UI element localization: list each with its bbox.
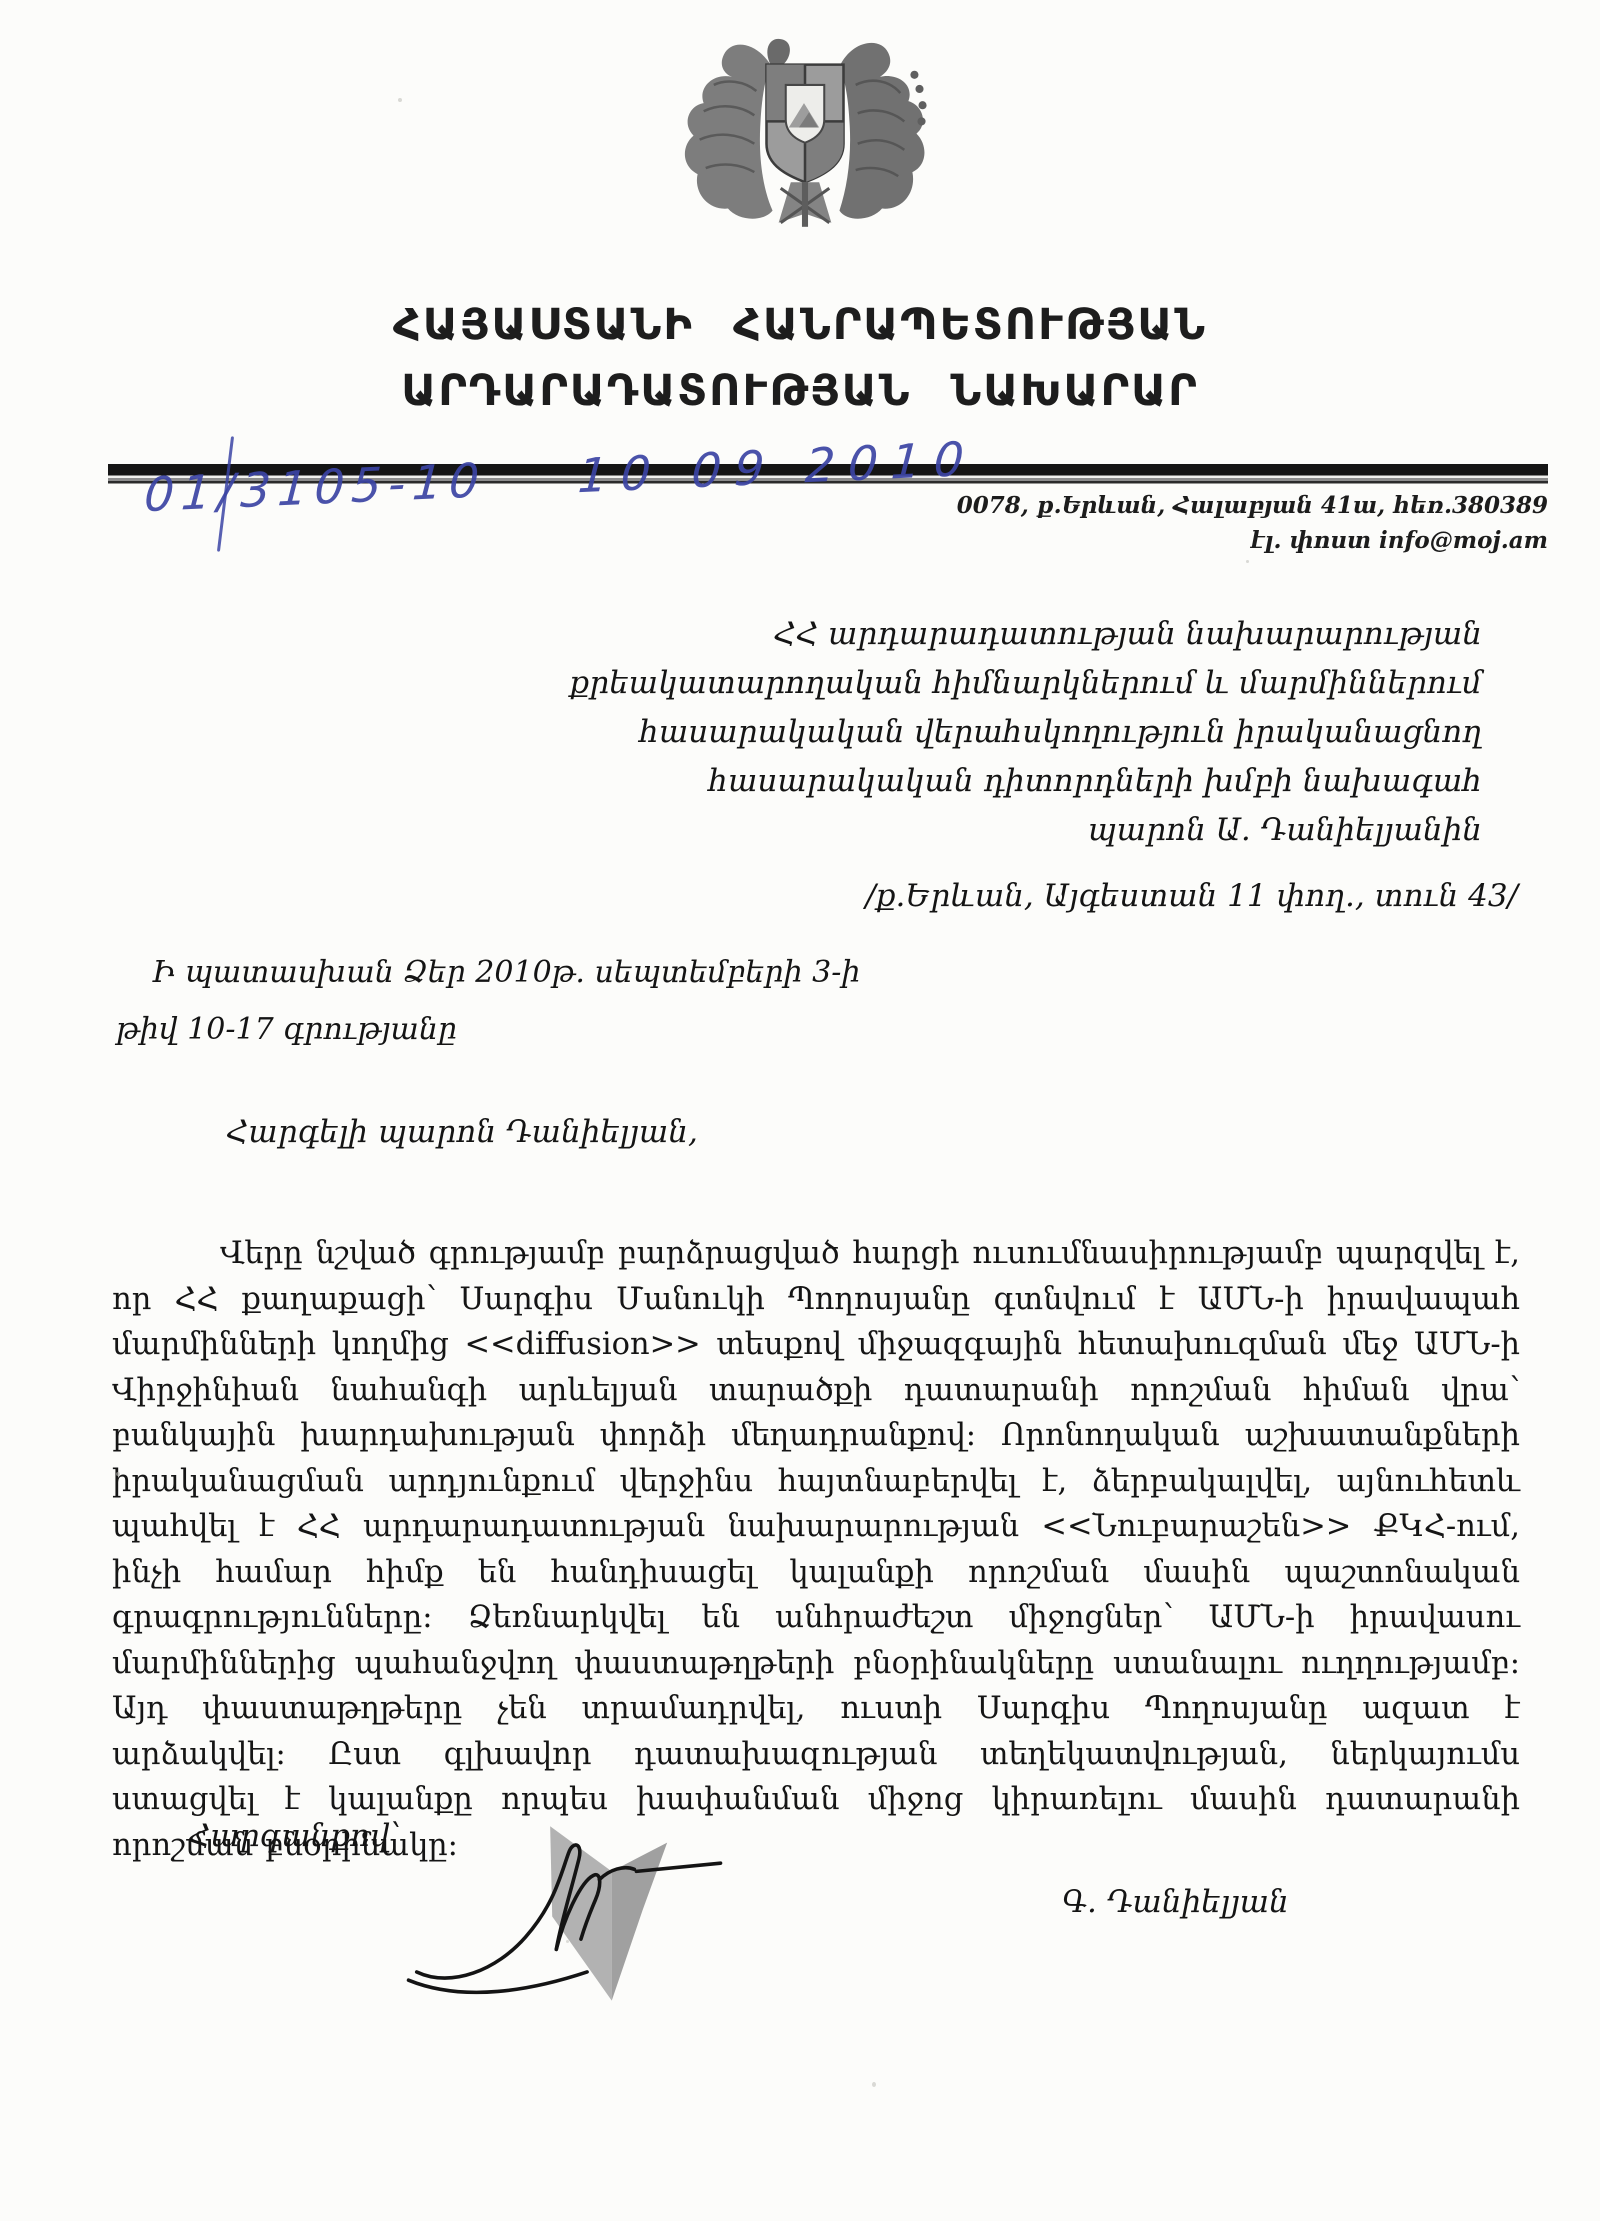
signature-handwritten — [398, 1818, 768, 2013]
reply-reference-line1: Ի պատասխան Ձեր 2010թ. սեպտեմբերի 3-ի — [116, 944, 860, 1001]
registration-date: 10 09 2010 — [576, 432, 978, 505]
recipient-line: պարոն Ա. Դանիելյանին — [570, 806, 1482, 855]
ministry-title-line1: ՀԱՅԱՍՏԱՆԻ ՀԱՆՐԱՊԵՏՈՒԹՅԱՆ — [0, 300, 1600, 350]
reply-reference: Ի պատասխան Ձեր 2010թ. սեպտեմբերի 3-ի թիվ… — [116, 944, 860, 1058]
signer-name: Գ. Դանիելյան — [1062, 1884, 1289, 1920]
armenia-coat-of-arms-icon — [672, 14, 938, 242]
scanned-letter-page: ՀԱՅԱՍՏԱՆԻ ՀԱՆՐԱՊԵՏՈՒԹՅԱՆ ԱՐԴԱՐԱԴԱՏՈՒԹՅԱՆ… — [0, 0, 1600, 2221]
recipient-line: հասարակական դիտորդների խմբի նախագահ — [570, 757, 1482, 806]
ministry-title-line2: ԱՐԴԱՐԱԴԱՏՈՒԹՅԱՆ ՆԱԽԱՐԱՐ — [0, 366, 1600, 416]
reply-reference-line2: թիվ 10-17 գրությանը — [116, 1001, 860, 1058]
scan-speck — [872, 2082, 876, 2087]
scan-speck — [1246, 560, 1249, 563]
contact-address: 0078, ք.Երևան, Հալաբյան 41ա, հեռ.380389 — [957, 488, 1548, 523]
recipient-line: ՀՀ արդարադատության նախարարության — [570, 610, 1482, 659]
scan-speck — [398, 98, 402, 102]
contact-email: էլ. փոստ info@moj.am — [957, 523, 1548, 558]
recipient-block: ՀՀ արդարադատության նախարարության քրեակատ… — [570, 610, 1482, 855]
salutation: Հարգելի պարոն Դանիելյան, — [226, 1114, 698, 1150]
handwritten-registration: 01/3105-1010 09 2010 — [143, 432, 979, 524]
scan-speck — [116, 1472, 120, 1476]
recipient-line: քրեակատարողական հիմնարկներում և մարմիննե… — [570, 659, 1482, 708]
letter-body: Վերը նշված գրությամբ բարձրացված հարցի ու… — [112, 1231, 1520, 1868]
valediction: Հարգանքով՝ — [188, 1818, 401, 1854]
recipient-line: հասարակական վերահսկողություն իրականացնող — [570, 708, 1482, 757]
contact-block: 0078, ք.Երևան, Հալաբյան 41ա, հեռ.380389 … — [957, 488, 1548, 558]
scan-speck — [566, 1940, 569, 1943]
recipient-postal-address: /ք.Երևան, Այգեստան 11 փող., տուն 43/ — [865, 878, 1518, 914]
